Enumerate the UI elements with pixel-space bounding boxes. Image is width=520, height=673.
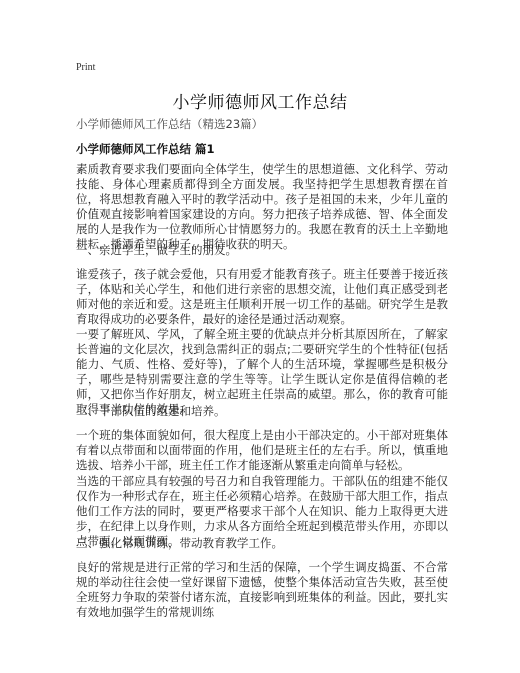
heading-three: 三、强化常规训练，带动教育教学工作。 <box>76 536 448 551</box>
heading-two: 二、干部队伍的组建和培养。 <box>76 404 448 419</box>
section-heading: 小学师德师风工作总结 篇1 <box>76 141 215 157</box>
document-title: 小学师德师风工作总结 <box>0 88 520 113</box>
heading-one: 一、亲近学生，做学生的朋友。 <box>76 243 448 258</box>
paragraph-three: 良好的常规是进行正常的学习和生活的保障，一个学生调皮捣蛋、不合常规的举动往往会使… <box>76 560 448 620</box>
document-subtitle: 小学师德师风工作总结（精选23篇） <box>76 116 263 132</box>
paragraph-one-a: 谁爱孩子，孩子就会爱他，只有用爱才能教育孩子。班主任要善于接近孩子，体贴和关心学… <box>76 267 448 327</box>
paragraph-intro: 素质教育要求我们要面向全体学生，使学生的思想道德、文化科学、劳动技能、身体心理素… <box>76 162 448 252</box>
paragraph-two-a: 一个班的集体面貌如何，很大程度上是由小干部决定的。小干部对班集体有着以点带面和以… <box>76 428 448 473</box>
print-label: Print <box>76 62 95 73</box>
